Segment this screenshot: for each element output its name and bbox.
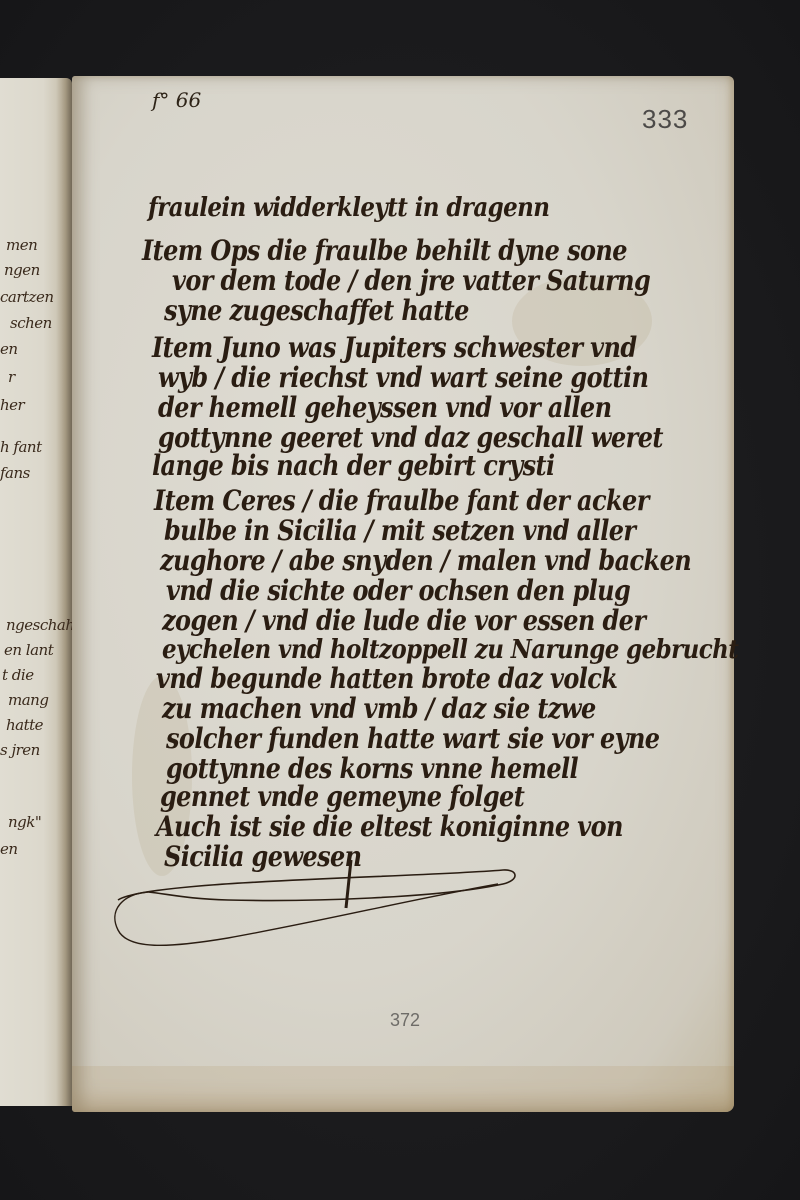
manuscript-photograph: men ngen cartzen schen en r her h fant f… <box>0 0 800 1200</box>
text-line: vnd begunde hatten brote daz volck <box>156 662 617 695</box>
gutter-shadow <box>56 78 72 1106</box>
verso-text-line: ngeschah <box>6 616 72 634</box>
verso-text-line: en <box>0 840 18 858</box>
text-line: gennet vnde gemeyne folget <box>160 780 524 813</box>
closing-flourish <box>108 860 528 950</box>
text-line: syne zugeschaffet hatte <box>164 294 469 327</box>
archive-number: 372 <box>390 1010 420 1031</box>
verso-text-line: en <box>0 340 18 358</box>
verso-text-line: mang <box>8 691 48 709</box>
verso-text-line: cartzen <box>0 288 53 306</box>
text-line: Item Ops die fraulbe behilt dyne sone <box>142 234 627 267</box>
heading-line: fraulein widderkleytt in dragenn <box>148 192 549 223</box>
text-line: bulbe in Sicilia / mit setzen vnd aller <box>164 514 635 547</box>
text-line: lange bis nach der gebirt crysti <box>152 449 555 482</box>
text-line: Item Juno was Jupiters schwester vnd <box>152 331 637 364</box>
text-line: vor dem tode / den jre vatter Saturng <box>172 264 650 297</box>
text-line: zu machen vnd vmb / daz sie tzwe <box>162 692 596 725</box>
recto-leaf: f° 66 333 fraulein widderkleytt in drage… <box>72 76 734 1112</box>
paper-edge-discoloration <box>72 1066 734 1112</box>
text-line: Item Ceres / die fraulbe fant der acker <box>154 484 649 517</box>
verso-text-line: ngk" <box>8 813 41 831</box>
text-line: solcher funden hatte wart sie vor eyne <box>166 722 659 755</box>
text-line: zogen / vnd die lude die vor essen der <box>162 604 645 637</box>
verso-text-line: ngen <box>4 261 40 279</box>
text-line: eychelen vnd holtzoppell zu Narunge gebr… <box>162 634 738 665</box>
text-line: Auch ist sie die eltest koniginne von <box>156 810 623 843</box>
verso-text-line: t die <box>2 666 34 684</box>
verso-text-line: en lant <box>4 641 53 659</box>
verso-text-line: r <box>8 368 15 386</box>
text-line: vnd die sichte oder ochsen den plug <box>166 574 630 607</box>
verso-text-line: fans <box>0 464 30 482</box>
folio-number: 333 <box>642 104 688 135</box>
verso-text-line: schen <box>10 314 52 332</box>
verso-leaf: men ngen cartzen schen en r her h fant f… <box>0 78 72 1106</box>
text-line: zughore / abe snyden / malen vnd backen <box>160 544 691 577</box>
verso-text-line: men <box>6 236 37 254</box>
text-line: der hemell geheyssen vnd vor allen <box>158 391 611 424</box>
verso-text-line: s jren <box>0 741 40 759</box>
verso-text-line: hatte <box>6 716 43 734</box>
verso-text-line: h fant <box>0 438 42 456</box>
verso-text-line: her <box>0 396 24 414</box>
folio-mark: f° 66 <box>152 88 201 112</box>
text-line: wyb / die riechst vnd wart seine gottin <box>158 361 648 394</box>
